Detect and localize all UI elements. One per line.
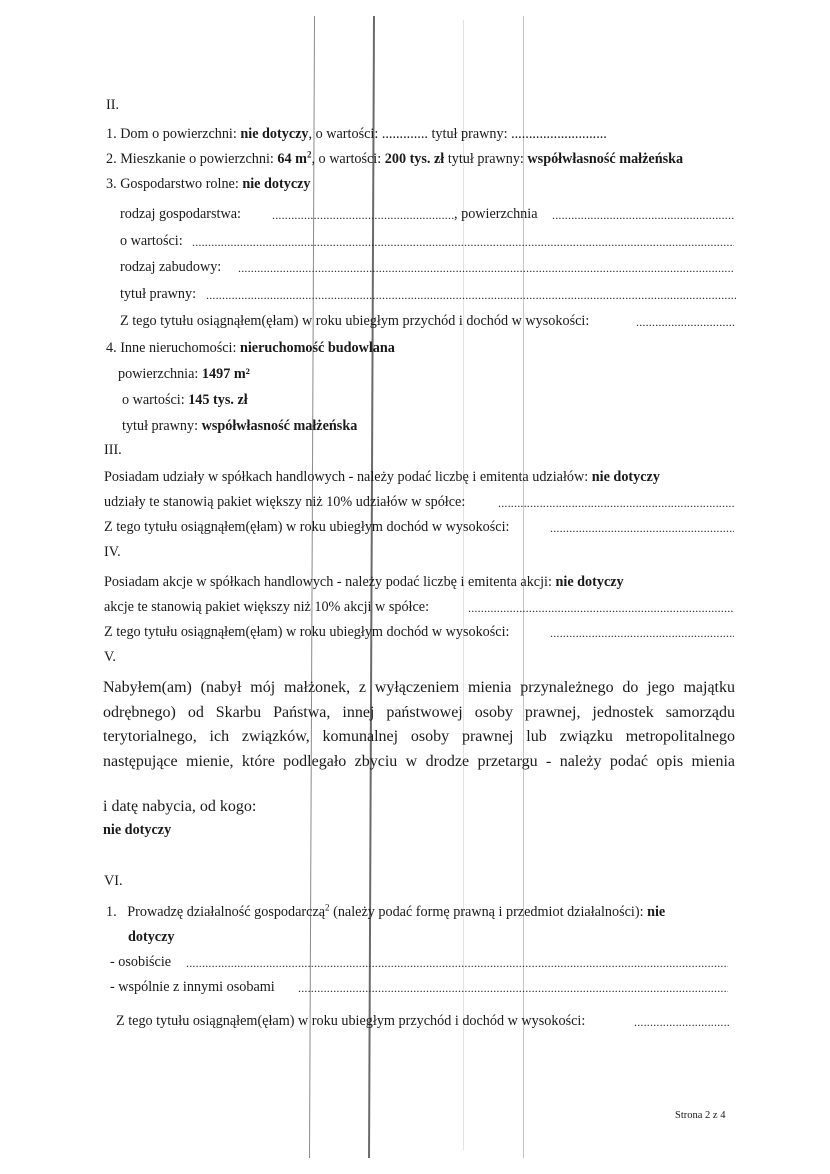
business-income-label: Z tego tytułu osiągnąłem(ęłam) w roku ub… [116,1012,585,1030]
business-joint-field[interactable] [298,980,728,998]
other-property-worth: 145 tys. zł [188,392,248,408]
shares-value: nie dotyczy [592,469,660,485]
business-income-field[interactable] [634,1014,730,1032]
page-number: Strona 2 z 4 [675,1110,725,1121]
farm-building-label: rodzaj zabudowy: [120,258,221,276]
section-heading-vi: VI. [104,872,123,890]
apartment-title: współwłasność małżeńska [527,151,683,167]
other-property-title-label: tytuł prawny: [122,418,202,434]
other-property-area-label: powierzchnia: [118,366,202,382]
apartment-line: 2. Mieszkanie o powierzchni: 64 m2, o wa… [106,150,683,168]
section-heading-iv: IV. [104,543,121,561]
stocks-line: Posiadam akcje w spółkach handlowych - n… [104,573,624,591]
shares-income-field[interactable] [550,520,734,538]
shares-packet-label: udziały te stanowią pakiet większy niż 1… [104,493,465,511]
farm-title-label: tytuł prawny: [120,285,196,303]
apartment-worth: 200 tys. zł [385,151,445,167]
farm-income-label: Z tego tytułu osiągnąłem(ęłam) w roku ub… [120,312,589,330]
business-personal-field[interactable] [186,955,728,973]
acquisition-last-line: i datę nabycia, od kogo: [103,797,256,817]
business-number: 1. [106,904,117,920]
business-label: Prowadzę działalność gospodarczą [127,904,325,920]
other-property-title-line: tytuł prawny: współwłasność małżeńska [122,417,357,435]
farm-value: nie dotyczy [242,176,310,192]
stocks-income-label: Z tego tytułu osiągnąłem(ęłam) w roku ub… [104,623,509,641]
shares-line: Posiadam udziały w spółkach handlowych -… [104,468,660,486]
business-personal-label: - osobiście [110,953,171,971]
other-property-area: 1497 m² [202,366,250,382]
farm-type-label: rodzaj gospodarstwa: [120,205,241,223]
apartment-area: 64 m2 [277,151,311,167]
shares-income-label: Z tego tytułu osiągnąłem(ęłam) w roku ub… [104,518,509,536]
stocks-income-field[interactable] [550,625,734,643]
business-instructions: (należy podać formę prawną i przedmiot d… [330,904,648,920]
apartment-title-label: tytuł prawny: [444,151,527,167]
farm-line: 3. Gospodarstwo rolne: nie dotyczy [106,175,311,193]
other-property-label: 4. Inne nieruchomości: [106,340,240,356]
house-value: nie dotyczy [240,126,308,142]
farm-area-label: , powierzchnia [454,205,538,223]
farm-worth-label: o wartości: [120,232,183,250]
other-property-worth-label: o wartości: [122,392,188,408]
stocks-packet-field[interactable] [468,600,734,618]
shares-packet-field[interactable] [498,495,734,513]
business-joint-label: - wspólnie z innymi osobami [110,978,275,996]
farm-income-field[interactable] [636,314,734,332]
business-line: 1. Prowadzę działalność gospodarczą2 (na… [106,903,665,921]
shares-label: Posiadam udziały w spółkach handlowych -… [104,469,592,485]
business-value-part1: nie [647,904,665,920]
section-heading-v: V. [104,648,116,666]
farm-type-field[interactable] [272,207,454,225]
apartment-area-value: 64 m [277,151,307,167]
farm-worth-field[interactable] [192,234,734,252]
section-heading-iii: III. [104,441,122,459]
stocks-value: nie dotyczy [555,574,623,590]
farm-title-field[interactable] [206,287,736,305]
apartment-worth-label: , o wartości: [311,151,384,167]
house-worth-label: , o wartości: ............. [309,126,432,142]
other-property-title: współwłasność małżeńska [202,418,358,434]
other-property-value: nieruchomość budowlana [240,340,395,356]
apartment-label: 2. Mieszkanie o powierzchni: [106,151,277,167]
house-line: 1. Dom o powierzchni: nie dotyczy, o war… [106,125,607,143]
farm-label: 3. Gospodarstwo rolne: [106,176,242,192]
acquisition-value: nie dotyczy [103,821,171,839]
other-property-area-line: powierzchnia: 1497 m² [118,365,250,383]
acquisition-paragraph: Nabyłem(am) (nabył mój małżonek, z wyłąc… [103,676,735,774]
house-label: 1. Dom o powierzchni: [106,126,240,142]
section-heading-ii: II. [106,96,119,114]
farm-building-field[interactable] [238,260,734,278]
house-title-label: tytuł prawny: ..........................… [431,126,606,142]
other-property-worth-line: o wartości: 145 tys. zł [122,391,248,409]
other-property-line: 4. Inne nieruchomości: nieruchomość budo… [106,339,395,357]
stocks-packet-label: akcje te stanowią pakiet większy niż 10%… [104,598,429,616]
business-value-part2: dotyczy [128,928,175,946]
farm-area-field[interactable] [552,207,734,225]
stocks-label: Posiadam akcje w spółkach handlowych - n… [104,574,555,590]
